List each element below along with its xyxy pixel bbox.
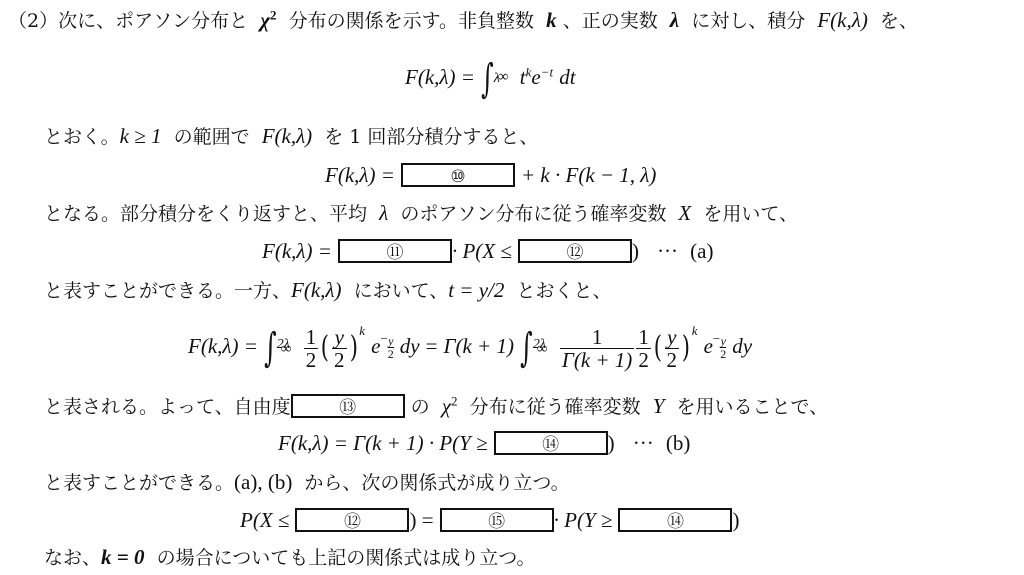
denominator: 2: [388, 347, 394, 360]
integral-sign: ∫: [481, 59, 494, 99]
line-combine: と表すことができる。(a), (b) から、次の関係式が成り立つ。: [44, 470, 570, 495]
line4-text-3: とおくと、: [516, 280, 611, 302]
equation-relation: P(X ≤ ⑫) = ⑮· P(Y ≥ ⑭): [240, 508, 739, 534]
equation-recurrence: F(k,λ) = ⑩ + k · F(k − 1, λ): [325, 163, 656, 189]
fraction-y-over-2: y2: [332, 326, 347, 371]
integrand-e-exp: −t: [541, 65, 553, 80]
line4-text-2: において、: [354, 280, 449, 302]
line7-text-2: の場合についても上記の関係式は成り立つ。: [157, 547, 536, 569]
power-k: k: [692, 323, 698, 338]
equation-b: F(k,λ) = Γ(k + 1) · P(Y ≥ ⑭) ··· (b): [278, 431, 690, 457]
line5-text-3: 分布に従う確率変数: [470, 396, 641, 418]
F-function: F(k,λ): [291, 278, 341, 302]
integral-sign: ∫: [520, 328, 533, 368]
numerator: 1: [590, 326, 605, 348]
eq6-close-paren: ): [732, 508, 739, 532]
line2-text-1: とおく。: [44, 126, 120, 148]
answer-blank-10[interactable]: ⑩: [401, 163, 515, 187]
equation-definition: F(k,λ) = ∫∞λtke−t dt: [405, 50, 576, 110]
equation-tag-a: (a): [690, 239, 713, 263]
fraction-half: 12: [304, 326, 319, 371]
equation-refs: (a), (b): [234, 470, 292, 494]
answer-blank-15[interactable]: ⑮: [440, 508, 554, 532]
condition-k-eq-0: k = 0: [101, 545, 144, 569]
lambda-variable: λ: [379, 201, 388, 225]
left-paren: (: [654, 318, 662, 378]
answer-blank-14[interactable]: ⑭: [494, 431, 608, 455]
integrand-e: e: [531, 65, 540, 89]
denominator: 2: [304, 348, 319, 371]
problem-number: （2）: [8, 10, 58, 32]
exp-fraction: y2: [388, 335, 394, 360]
line5-text-1: と表される。よって、自由度: [44, 396, 291, 418]
numerator: y: [388, 335, 393, 347]
line-partial-integration: とおく。k ≥ 1 の範囲で F(k,λ) を 1 回部分積分すると、: [44, 124, 538, 149]
eq5-dots: ···: [633, 431, 654, 455]
denominator: 2: [332, 348, 347, 371]
equation-tag-b: (b): [666, 431, 691, 455]
exp-e: e: [371, 334, 380, 358]
lower-limit: 2λ: [533, 315, 546, 375]
substitution-t: t = y/2: [448, 278, 504, 302]
eq3-dots: ···: [657, 239, 678, 263]
line3-text-1: となる。部分積分をくり返すと、平均: [44, 203, 367, 225]
integral-limits: ∞λ: [494, 52, 520, 106]
intro-text-3: 、正の実数: [563, 10, 658, 32]
fraction-gamma: 1Γ(k + 1): [560, 326, 634, 371]
intro-text-4: に対し、積分: [691, 10, 805, 32]
numerator: y: [333, 326, 346, 348]
eq3-prob-X: · P(X ≤: [452, 239, 512, 263]
eq6-prob-X: P(X ≤: [240, 508, 289, 532]
exp-fraction: y2: [720, 335, 726, 360]
right-paren: ): [682, 318, 690, 378]
line6-text-1: と表すことができる。: [44, 472, 234, 494]
line-substitution: と表すことができる。一方、F(k,λ) において、t = y/2 とおくと、: [44, 278, 612, 303]
gamma-k-plus-1: Γ(k + 1): [444, 334, 514, 358]
eq6-prob-Y: · P(Y ≥: [554, 508, 613, 532]
eq4-lhs: F(k,λ) =: [188, 334, 258, 358]
F-function: F(k,λ): [262, 124, 312, 148]
exp-sign: −: [380, 331, 387, 346]
eq6-equals: ) =: [409, 508, 433, 532]
differential-dt: dt: [559, 65, 575, 89]
integral-limits: ∞2λ: [277, 321, 303, 375]
left-paren: (: [321, 318, 329, 378]
differential-dy: dy: [732, 334, 752, 358]
differential-dy: dy: [400, 334, 420, 358]
eq3-lhs: F(k,λ) =: [262, 239, 332, 263]
line5-text-4: を用いることで、: [677, 396, 829, 418]
lower-limit: λ: [494, 52, 500, 106]
integral-sign: ∫: [264, 328, 277, 368]
intro-text-5: を、: [880, 10, 918, 32]
answer-blank-12-repeat[interactable]: ⑫: [295, 508, 409, 532]
eq1-lhs: F(k,λ) =: [405, 65, 475, 89]
line6-text-2: から、次の関係式が成り立つ。: [304, 472, 569, 494]
condition-k-ge-1: k ≥ 1: [120, 124, 162, 148]
X-variable: X: [678, 201, 691, 225]
line7-text-1: なお、: [44, 547, 101, 569]
line3-text-2: のポアソン分布に従う確率変数: [400, 203, 666, 225]
Y-variable: Y: [653, 394, 665, 418]
eq2-lhs: F(k,λ) =: [325, 163, 395, 187]
F-function: F(k,λ): [817, 8, 867, 32]
right-paren: ): [349, 318, 357, 378]
intro-line: （2）次に、ポアソン分布と χ2 分布の関係を示す。非負整数 k 、正の実数 λ…: [8, 8, 918, 33]
answer-blank-11[interactable]: ⑪: [338, 239, 452, 263]
answer-blank-13[interactable]: ⑬: [291, 394, 405, 418]
power-k: k: [359, 323, 365, 338]
integral-limits: ∞2λ: [533, 321, 559, 375]
eq2-rhs: + k · F(k − 1, λ): [521, 163, 656, 187]
eq5-close-paren: ): [608, 431, 615, 455]
line2-text-2: の範囲で: [174, 126, 250, 148]
denominator: Γ(k + 1): [560, 348, 634, 371]
chi-symbol: χ: [260, 8, 270, 32]
chi-exponent: 2: [270, 8, 277, 23]
line5-text-2: の: [411, 396, 430, 418]
line3-text-3: を用いて、: [703, 203, 798, 225]
lambda-variable: λ: [670, 8, 679, 32]
eq5-lhs: F(k,λ) = Γ(k + 1) · P(Y ≥: [278, 431, 488, 455]
chi-symbol: χ: [442, 394, 451, 418]
chi-exponent: 2: [451, 394, 458, 409]
answer-blank-12[interactable]: ⑫: [518, 239, 632, 263]
exp-e: e: [704, 334, 713, 358]
exp-sign: −: [713, 331, 720, 346]
answer-blank-14-repeat[interactable]: ⑭: [618, 508, 732, 532]
fraction-y-over-2: y2: [665, 326, 680, 371]
lower-limit: 2λ: [277, 315, 290, 375]
equals: =: [426, 334, 438, 358]
eq3-close-paren: ): [632, 239, 639, 263]
k-variable: k: [546, 8, 557, 32]
equation-a: F(k,λ) = ⑪· P(X ≤ ⑫) ··· (a): [262, 239, 713, 265]
numerator: 1: [304, 326, 319, 348]
line-repeat-integration: となる。部分積分をくり返すと、平均 λ のポアソン分布に従う確率変数 X を用い…: [44, 201, 798, 226]
line4-text-1: と表すことができる。一方、: [44, 280, 291, 302]
line-chi-square: と表される。よって、自由度⑬ の χ2 分布に従う確率変数 Y を用いることで、: [44, 394, 828, 420]
line-note: なお、k = 0 の場合についても上記の関係式は成り立つ。: [44, 545, 535, 570]
intro-text-1: 次に、ポアソン分布と: [58, 10, 248, 32]
equation-gamma-transform: F(k,λ) = ∫∞2λ12(y2)k e−y2 dy = Γ(k + 1) …: [188, 316, 752, 380]
fraction-half: 12: [636, 326, 651, 371]
intro-text-2: 分布の関係を示す。非負整数: [289, 10, 534, 32]
line2-text-3: を 1 回部分積分すると、: [324, 126, 538, 148]
